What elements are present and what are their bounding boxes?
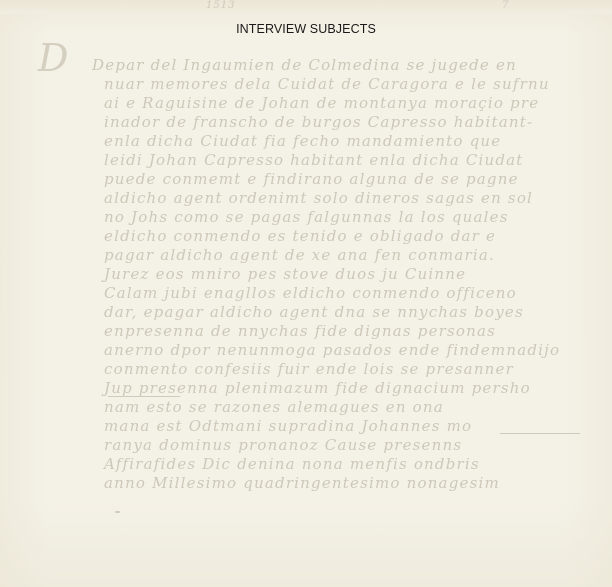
manuscript-line: Affirafides Dic denina nona menfis ondbr… xyxy=(104,454,480,474)
page-top-edge xyxy=(0,0,612,14)
decorated-initial: D xyxy=(38,38,68,78)
folio-mark-right: 7 xyxy=(502,0,509,11)
page-title: INTERVIEW SUBJECTS xyxy=(0,22,612,36)
manuscript-line: anerno dpor nenunmoga pasados ende finde… xyxy=(104,340,560,360)
manuscript-line: enpresenna de nnychas fide dignas person… xyxy=(104,321,496,341)
manuscript-line: Jurez eos mniro pes stove duos ju Cuinne xyxy=(104,264,466,284)
manuscript-line: conmento confesiis fuir ende lois se pre… xyxy=(104,359,514,379)
manuscript-line: eldicho conmendo es tenido e obligado da… xyxy=(104,226,496,246)
manuscript-line: nam esto se razones alemagues en ona xyxy=(104,397,444,417)
manuscript-line: nuar memores dela Cuidat de Caragora e l… xyxy=(104,74,550,94)
manuscript-line: inador de franscho de burgos Capresso ha… xyxy=(104,112,533,132)
manuscript-line: enla dicha Ciudat fia fecho mandamiento … xyxy=(104,131,501,151)
manuscript-line: puede conmemt e findirano alguna de se p… xyxy=(104,169,519,189)
manuscript-line: anno Millesimo quadringentesimo nonagesi… xyxy=(104,473,500,493)
manuscript-line: aldicho agent ordenimt solo dineros saga… xyxy=(104,188,533,208)
manuscript-line: ai e Raguisine de Johan de montanya mora… xyxy=(104,93,539,113)
folio-mark: 1513 xyxy=(206,0,235,11)
ink-speck xyxy=(115,511,120,513)
manuscript-line: Jup presenna plenimazum fide dignacium p… xyxy=(104,378,531,398)
manuscript-line: dar, epagar aldicho agent dna se nnychas… xyxy=(104,302,524,322)
manuscript-line: ranya dominus pronanoz Cause presenns xyxy=(104,435,462,455)
manuscript-line: no Johs como se pagas falgunnas la los q… xyxy=(104,207,509,227)
ink-underline xyxy=(108,396,180,397)
manuscript-line: Depar del Ingaumien de Colmedina se juge… xyxy=(92,55,517,75)
manuscript-line: pagar aldicho agent de xe ana fen conmar… xyxy=(104,245,495,265)
manuscript-line: mana est Odtmani supradina Johannes mo xyxy=(104,416,472,436)
ink-underline xyxy=(500,433,580,434)
manuscript-line: Calam jubi enagllos eldicho conmendo off… xyxy=(104,283,517,303)
manuscript-line: leidi Johan Capresso habitant enla dicha… xyxy=(104,150,524,170)
